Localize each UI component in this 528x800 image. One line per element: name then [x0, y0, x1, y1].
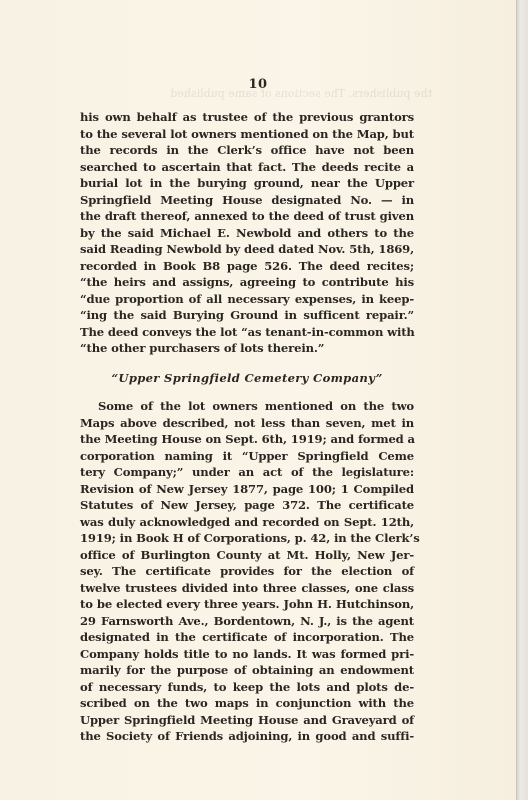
text-line: Maps above described, not less than seve…	[80, 415, 414, 432]
text-line: “ing the said Burying Ground in sufficen…	[80, 307, 414, 324]
text-line: tery Company;” under an act of the legis…	[80, 464, 414, 481]
text-line: Company holds title to no lands. It was …	[80, 646, 414, 663]
text-line: searched to ascertain that fact. The dee…	[80, 159, 414, 176]
text-line: marily for the purpose of obtaining an e…	[80, 662, 414, 679]
text-line: sey. The certificate provides for the el…	[80, 563, 414, 580]
text-line: “the heirs and assigns, agreeing to cont…	[80, 274, 414, 291]
text-line: recorded in Book B8 page 526. The deed r…	[80, 258, 414, 275]
text-line: corporation naming it “Upper Springfield…	[80, 448, 414, 465]
paragraph-cemetery-company: Some of the lot owners mentioned on the …	[80, 398, 414, 745]
text-line: was duly acknowledged and recorded on Se…	[80, 514, 414, 531]
paragraph-deed-description: his own behalf as trustee of the previou…	[80, 109, 414, 357]
text-line: “the other purchasers of lots therein.”	[80, 340, 414, 357]
text-line: “due proportion of all necessary expense…	[80, 291, 414, 308]
text-line: said Reading Newbold by deed dated Nov. …	[80, 241, 414, 258]
text-line: twelve trustees divided into three class…	[80, 580, 414, 597]
text-line: scribed on the two maps in conjunction w…	[80, 695, 414, 712]
page-edge	[516, 0, 528, 800]
text-line: the Meeting House on Sept. 6th, 1919; an…	[80, 431, 414, 448]
text-line: 29 Farnsworth Ave., Bordentown, N. J., i…	[80, 613, 414, 630]
text-line: Some of the lot owners mentioned on the …	[80, 398, 414, 415]
text-line: burial lot in the burying ground, near t…	[80, 175, 414, 192]
text-line: the records in the Clerk’s office have n…	[80, 142, 414, 159]
book-page: the publishers. The sections of same pub…	[0, 0, 516, 800]
text-line: the Society of Friends adjoining, in goo…	[80, 728, 414, 745]
page-number: 10	[0, 77, 516, 92]
text-line: office of Burlington County at Mt. Holly…	[80, 547, 414, 564]
text-line: Statutes of New Jersey, page 372. The ce…	[80, 497, 414, 514]
section-heading: “Upper Springfield Cemetery Company”	[80, 370, 414, 387]
text-line: 1919; in Book H of Corporations, p. 42, …	[80, 530, 414, 547]
text-line: his own behalf as trustee of the previou…	[80, 109, 414, 126]
text-line: of necessary funds, to keep the lots and…	[80, 679, 414, 696]
text-line: by the said Michael E. Newbold and other…	[80, 225, 414, 242]
page-body: his own behalf as trustee of the previou…	[80, 109, 414, 745]
text-line: the draft thereof, annexed to the deed o…	[80, 208, 414, 225]
text-line: Revision of New Jersey 1877, page 100; 1…	[80, 481, 414, 498]
text-line: Upper Springfield Meeting House and Grav…	[80, 712, 414, 729]
text-line: The deed conveys the lot “as tenant-in-c…	[80, 324, 414, 341]
text-line: to be elected every three years. John H.…	[80, 596, 414, 613]
text-line: Springfield Meeting House designated No.…	[80, 192, 414, 209]
text-line: designated in the certificate of incorpo…	[80, 629, 414, 646]
text-line: to the several lot owners mentioned on t…	[80, 126, 414, 143]
